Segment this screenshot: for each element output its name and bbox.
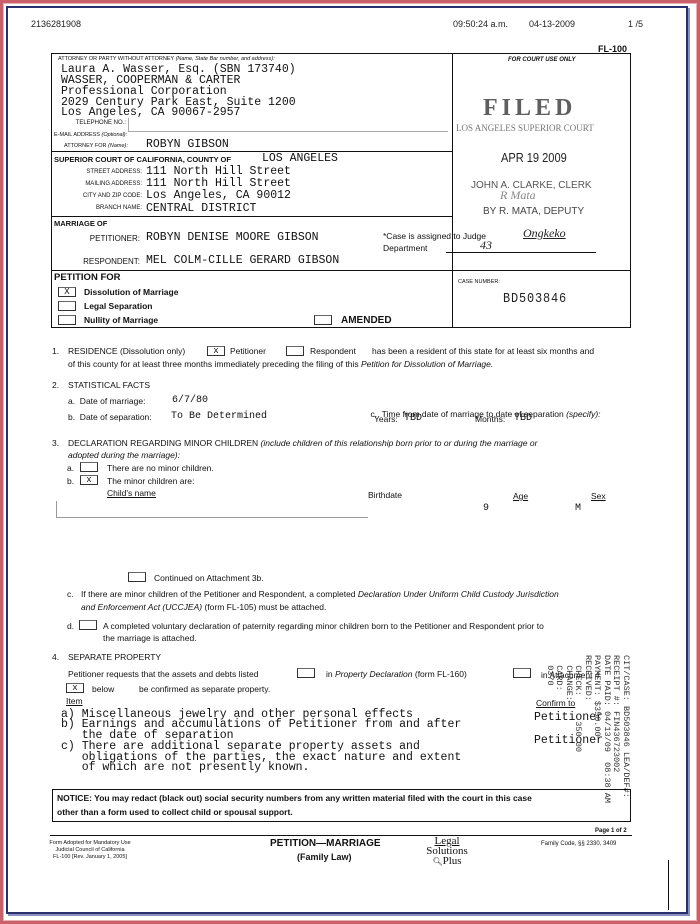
receipt-stamp: CIT/CASE: BD503846 LEA/DEF#: RECEIPT #: … — [545, 655, 631, 803]
city-value: Los Angeles, CA 90012 — [146, 190, 291, 201]
item-column-header: Item — [66, 696, 83, 707]
separation-date-value: To Be Determined — [171, 411, 267, 422]
email-label: E-MAIL ADDRESS (Optional): — [54, 132, 127, 138]
months-label: Months: — [475, 414, 505, 425]
minor-children-label: The minor children are: — [107, 476, 194, 487]
court-heading: SUPERIOR COURT OF CALIFORNIA, COUNTY OF — [54, 155, 231, 164]
mailing-value: 111 North Hill Street — [146, 178, 291, 189]
filed-stamp-deputy: BY R. MATA, DEPUTY — [483, 206, 584, 217]
branch-value: CENTRAL DISTRICT — [146, 203, 256, 214]
attorney-label: ATTORNEY OR PARTY WITHOUT ATTORNEY (Name… — [58, 56, 275, 62]
court-use-label: FOR COURT USE ONLY — [508, 57, 575, 63]
section-3b-letter: b. — [67, 476, 74, 487]
marriage-heading: MARRIAGE OF — [54, 219, 107, 228]
property-item-c: c) There are additional separate propert… — [61, 742, 461, 774]
section-3c-letter: c. — [67, 589, 74, 600]
child-sex: M — [575, 503, 581, 514]
legal-separation-checkbox[interactable] — [58, 301, 76, 311]
column-age: Age — [513, 491, 528, 502]
confirmed-text: be confirmed as separate property. — [139, 684, 270, 695]
below-label: below — [92, 684, 114, 695]
clerk-signature: R Mata — [500, 188, 536, 203]
separation-date-label: b. Date of separation: — [68, 412, 152, 423]
child-age: 9 — [483, 503, 489, 514]
paternity-checkbox[interactable] — [79, 620, 97, 630]
branch-label: BRANCH NAME: — [54, 205, 142, 211]
case-number-value: BD503846 — [503, 291, 567, 307]
months-value: TBD — [514, 413, 532, 424]
section-1-lead: RESIDENCE (Dissolution only) — [68, 346, 185, 357]
amended-label: AMENDED — [341, 315, 392, 326]
property-item-b: b) Earnings and accumulations of Petitio… — [61, 720, 461, 741]
footer-rule — [50, 835, 632, 836]
petitioner-value: ROBYN DENISE MOORE GIBSON — [146, 232, 319, 243]
property-declaration-checkbox[interactable] — [297, 668, 315, 678]
judge-name: Ongkeko — [523, 226, 566, 241]
years-value: TBD — [404, 413, 422, 424]
petition-for-heading: PETITION FOR — [54, 272, 121, 283]
adopted-note: Form Adopted for Mandatory Use Judicial … — [49, 840, 131, 861]
telephone-label: TELEPHONE NO.: — [54, 120, 126, 126]
property-declaration-label: in Property Declaration (form FL-160) — [326, 669, 467, 680]
section-2-number: 2. — [52, 380, 59, 391]
street-value: 111 North Hill Street — [146, 166, 291, 177]
dissolution-label: Dissolution of Marriage — [84, 287, 178, 297]
telephone-field[interactable] — [128, 118, 448, 132]
nullity-label: Nullity of Marriage — [84, 315, 158, 325]
attorney-for-label: ATTORNEY FOR (Name): — [64, 143, 128, 149]
filed-stamp-date: APR 19 2009 — [501, 150, 567, 165]
marriage-date-value: 6/7/80 — [172, 395, 208, 406]
continued-attachment-checkbox[interactable] — [128, 572, 146, 582]
section-3-heading: DECLARATION REGARDING MINOR CHILDREN (in… — [68, 438, 537, 449]
amended-checkbox[interactable] — [314, 315, 332, 325]
page-of: Page 1 of 2 — [595, 828, 627, 834]
attorney-for-value: ROBYN GIBSON — [146, 139, 229, 150]
document-page: 2136281908 09:50:24 a.m. 04-13-2009 1 /5… — [0, 0, 700, 924]
section-4-number: 4. — [52, 652, 59, 663]
column-sex: Sex — [591, 491, 606, 502]
section-1-text-1: has been a resident of this state for at… — [372, 346, 594, 357]
respondent-label: RESPONDENT: — [74, 257, 140, 266]
rule — [51, 216, 452, 217]
street-label: STREET ADDRESS: — [54, 169, 142, 175]
rule — [51, 151, 452, 152]
court-county: LOS ANGELES — [262, 153, 338, 164]
mailing-label: MAILING ADDRESS: — [54, 181, 142, 187]
below-checkbox[interactable]: x — [66, 683, 84, 693]
nullity-checkbox[interactable] — [58, 315, 76, 325]
legal-separation-label: Legal Separation — [84, 301, 153, 311]
section-1-text-2: of this county for at least three months… — [68, 359, 493, 370]
fax-page: 1 /5 — [628, 19, 643, 29]
residence-respondent-checkbox[interactable] — [286, 346, 304, 356]
section-3c-text-2: and Enforcement Act (UCCJEA) (form FL-10… — [81, 602, 326, 613]
section-4-heading: SEPARATE PROPERTY — [68, 652, 161, 663]
petitioner-label: PETITIONER: — [84, 234, 140, 243]
section-3a-letter: a. — [67, 463, 74, 474]
years-label: Years: — [374, 414, 398, 425]
attachment-4-checkbox[interactable] — [513, 668, 531, 678]
dissolution-checkbox[interactable]: X — [58, 287, 76, 297]
section-2-heading: STATISTICAL FACTS — [68, 380, 150, 391]
filed-stamp-court: LOS ANGELES SUPERIOR COURT — [456, 123, 594, 133]
case-assigned-label: *Case is assigned to Judge — [383, 231, 486, 241]
section-3-number: 3. — [52, 438, 59, 449]
fax-phone: 2136281908 — [31, 19, 81, 29]
no-minor-children-checkbox[interactable] — [80, 462, 98, 472]
residence-petitioner-checkbox[interactable]: x — [207, 346, 225, 356]
department-line — [446, 252, 596, 253]
no-minor-children-label: There are no minor children. — [107, 463, 214, 474]
separate-property-request: Petitioner requests that the assets and … — [68, 669, 258, 680]
magnifier-icon: 🔍︎ — [432, 857, 442, 866]
minor-children-checkbox[interactable]: x — [80, 475, 98, 485]
filed-stamp: FILED — [483, 95, 576, 122]
section-3d-text-2: the marriage is attached. — [103, 633, 197, 644]
case-number-label: CASE NUMBER: — [458, 279, 500, 285]
scan-edge — [668, 860, 669, 910]
column-birthdate: Birthdate — [368, 490, 402, 501]
fax-time: 09:50:24 a.m. — [453, 19, 508, 29]
department-value: 43 — [480, 238, 492, 253]
footer-title: PETITION—MARRIAGE — [270, 838, 381, 849]
residence-respondent-label: Respondent — [310, 346, 356, 357]
marriage-date-label: a. Date of marriage: — [68, 396, 145, 407]
section-1-number: 1. — [52, 346, 59, 357]
continued-attachment-label: Continued on Attachment 3b. — [154, 573, 264, 584]
respondent-value: MEL COLM-CILLE GERARD GIBSON — [146, 255, 339, 266]
section-3d-letter: d. — [67, 621, 74, 632]
caption-divider — [452, 53, 453, 328]
footer-subtitle: (Family Law) — [297, 852, 352, 862]
section-3c-text-1: If there are minor children of the Petit… — [81, 589, 559, 600]
rule — [51, 270, 631, 271]
section-3-heading-note: adopted during the marriage): — [68, 450, 180, 461]
attorney-line: Los Angeles, CA 90067-2957 — [61, 107, 240, 118]
residence-petitioner-label: Petitioner — [230, 346, 266, 357]
family-code-ref: Family Code, §§ 2330, 3409 — [541, 841, 616, 847]
fax-date: 04-13-2009 — [529, 19, 575, 29]
city-label: CITY AND ZIP CODE: — [54, 193, 142, 199]
notice-text-1: NOTICE: You may redact (black out) socia… — [57, 793, 532, 803]
department-label: Department — [383, 243, 427, 253]
notice-text-2: other than a form used to collect child … — [57, 807, 293, 817]
legal-solutions-logo: Legal Solutions 🔍︎Plus — [425, 836, 469, 867]
child-row — [56, 501, 368, 518]
column-childs-name: Child's name — [107, 488, 156, 499]
section-3d-text-1: A completed voluntary declaration of pat… — [103, 621, 544, 632]
